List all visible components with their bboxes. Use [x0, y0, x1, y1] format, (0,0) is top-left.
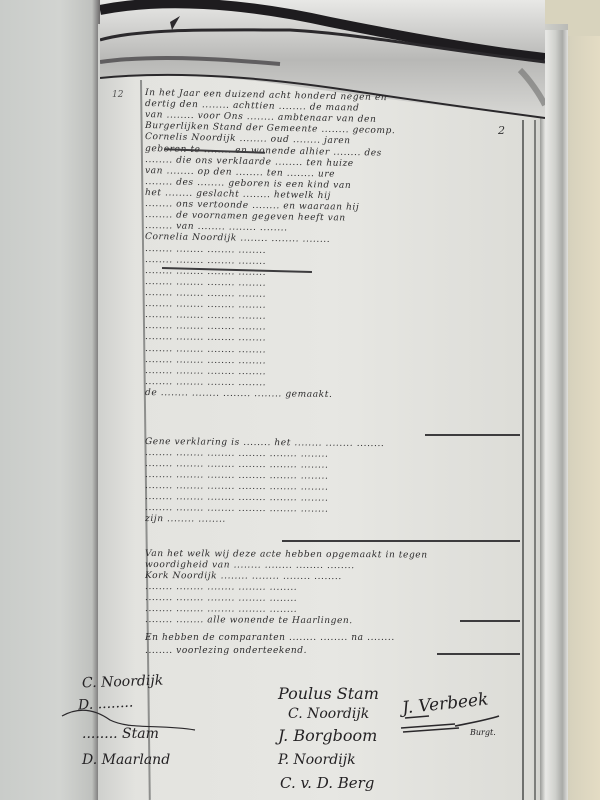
- end-rule: [282, 540, 520, 542]
- signature-center-2: C. Noordijk: [288, 706, 369, 722]
- text-line: ........ voorlezing onderteekend.: [145, 646, 425, 658]
- signature-center-1: Poulus Stam: [278, 684, 379, 703]
- signature-center-3: J. Borgboom: [278, 726, 377, 745]
- end-rule: [425, 434, 520, 436]
- text-line: ........ ........ alle wonende te Haarli…: [145, 615, 445, 629]
- signature-flourish: [60, 700, 200, 740]
- right-margin-rule-outer: [534, 120, 536, 800]
- official-signature-flourish: [395, 706, 505, 736]
- margin-number: 2: [498, 124, 505, 137]
- signature-left-1: C. Noordijk: [82, 673, 164, 692]
- end-rule: [437, 653, 520, 655]
- folio-number: 12: [112, 90, 123, 100]
- end-rule: [460, 620, 520, 622]
- signature-left-4: D. Maarland: [82, 752, 170, 768]
- text-line: En hebben de comparanten ........ ......…: [145, 633, 505, 645]
- text-line: zijn ........ ........: [145, 514, 265, 527]
- signature-center-5: C. v. D. Berg: [280, 774, 374, 792]
- page-stack-edge: [540, 30, 568, 800]
- signature-center-4: P. Noordijk: [278, 752, 356, 768]
- right-margin-rule: [522, 120, 524, 800]
